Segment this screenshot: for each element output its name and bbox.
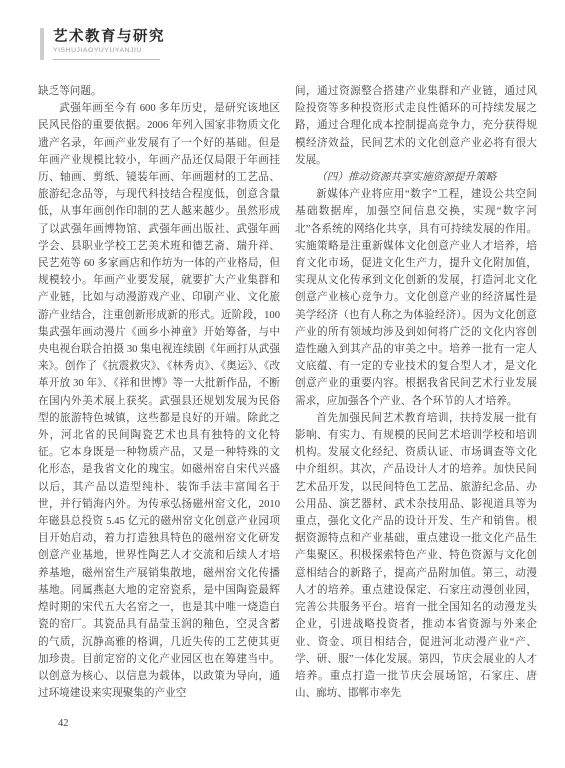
text-column-right: 间，通过资源整合搭建产业集群和产业链，通过风险投资等多种投资形式走良性循环的可持… [295, 83, 537, 702]
paragraph: 新媒体产业将应用“数字”工程，建设公共空间基础数据库，加强空间信息交换，实现“数… [295, 186, 537, 410]
paragraph-continuation: 间，通过资源整合搭建产业集群和产业链，通过风险投资等多种投资形式走良性循环的可持… [295, 83, 537, 169]
page-number: 42 [58, 718, 69, 729]
section-subheading: （四）推动资源共享实施资源提升策略 [295, 169, 537, 186]
journal-title: 艺术教育与研究 [53, 28, 165, 46]
header-accent-bar [40, 28, 44, 60]
paragraph-continuation: 缺乏等问题。 [38, 83, 280, 100]
header-rule [53, 59, 160, 60]
journal-title-pinyin: YISHUJIAOYUYUYANJIU [53, 46, 165, 55]
header-titles: 艺术教育与研究 YISHUJIAOYUYUYANJIU [53, 28, 165, 60]
paragraph: 武强年画至今有 600 多年历史，是研究该地区民风民俗的重要依据。2006 年列… [38, 100, 280, 702]
paragraph: 首先加强民间艺术教育培训，扶持发展一批有影响、有实力、有规模的民间艺术培训学校和… [295, 410, 537, 702]
document-page: 艺术教育与研究 YISHUJIAOYUYUYANJIU 缺乏等问题。 武强年画至… [0, 0, 565, 768]
text-column-left: 缺乏等问题。 武强年画至今有 600 多年历史，是研究该地区民风民俗的重要依据。… [38, 83, 280, 702]
journal-header: 艺术教育与研究 YISHUJIAOYUYUYANJIU [40, 28, 165, 60]
